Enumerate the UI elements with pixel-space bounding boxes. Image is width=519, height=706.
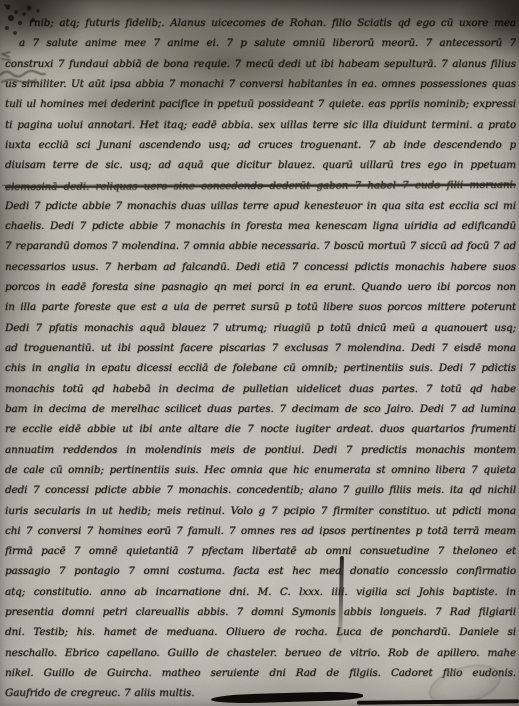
manuscript-line: re ecclie eidē abbie ut ibi ante altare … — [5, 419, 516, 439]
manuscript-line: monachis totū qd habebā in decima de pul… — [5, 379, 516, 399]
manuscript-line: presentia domni petri clareuallis abbis.… — [5, 602, 516, 622]
manuscript-line: Dedi 7 pdicte abbie 7 monachis duas uill… — [5, 196, 516, 216]
manuscript-line: iuxta eccliā sci Junani ascendendo usq; … — [5, 135, 516, 155]
manuscript-line: annuatim reddendos in molendinis meis de… — [5, 440, 516, 460]
manuscript-line: firmā pacē 7 omnē quietantiā 7 pfectam l… — [5, 541, 516, 561]
mold-speckles-icon — [4, 4, 6, 6]
manuscript-line: chis in anglia in epatu dicessi eccliā d… — [5, 358, 516, 378]
manuscript-line: neschallo. Ebrico capellano. Guillo de c… — [5, 643, 516, 663]
manuscript-photo: rnib; atq; futuris fidelib;. Alanus uice… — [0, 0, 519, 706]
manuscript-line: in illa parte foreste que est a uia de p… — [5, 297, 516, 317]
manuscript-line: tuli ul homines mei dederint pacifice in… — [5, 94, 516, 114]
manuscript-line: dedi 7 concessi pdicte abbie 7 monachis.… — [5, 480, 516, 500]
manuscript-line: bam in decima de merelhac scilicet duas … — [5, 399, 516, 419]
manuscript-line: chaelis. Dedi 7 pdicte abbie 7 monachis … — [5, 216, 516, 236]
manuscript-line: ti pagina uolui annotari. Het itaq; eadē… — [5, 115, 516, 135]
manuscript-line: rnib; atq; futuris fidelib;. Alanus uice… — [5, 13, 516, 33]
manuscript-line: 7 reparandū domos 7 molendina. 7 omnia a… — [5, 236, 516, 256]
manuscript-line: chi 7 conversi 7 homines eorū 7 famuli. … — [5, 521, 516, 541]
manuscript-line: a 7 salute anime mee 7 anime ei. 7 p sal… — [5, 33, 516, 53]
manuscript-line: diuisam terre de sic. usq; ad aquā que d… — [5, 155, 516, 175]
manuscript-line: dni. Testib; his. hamet de meduana. Oliu… — [5, 622, 516, 642]
margin-scrawl-icon — [0, 50, 60, 92]
manuscript-line: iuris secularis in ut hedib; meis retinu… — [5, 501, 516, 521]
manuscript-line: us similiter. Ut aūt ipsa abbia 7 monach… — [5, 74, 516, 94]
manuscript-line: porcos in eadē foresta sine pasnagio qn … — [5, 277, 516, 297]
manuscript-line: ad troguenantiū. ut ibi possint facere p… — [5, 338, 516, 358]
manuscript-text: rnib; atq; futuris fidelib;. Alanus uice… — [5, 13, 516, 704]
manuscript-line: Dedi 7 pfatis monachis aquā blauez 7 utr… — [5, 318, 516, 338]
manuscript-line: construxi 7 fundaui abbiā de bona requie… — [5, 54, 516, 74]
manuscript-line: passagio 7 pontagio 7 omni costuma. fact… — [5, 561, 516, 581]
manuscript-line: necessarios usus. 7 herbam ad falcandū. … — [5, 257, 516, 277]
manuscript-line: atq; constitutio. anno ab incarnatione d… — [5, 582, 516, 602]
manuscript-line: de cale cū omnib; pertinentiis suis. Hec… — [5, 460, 516, 480]
